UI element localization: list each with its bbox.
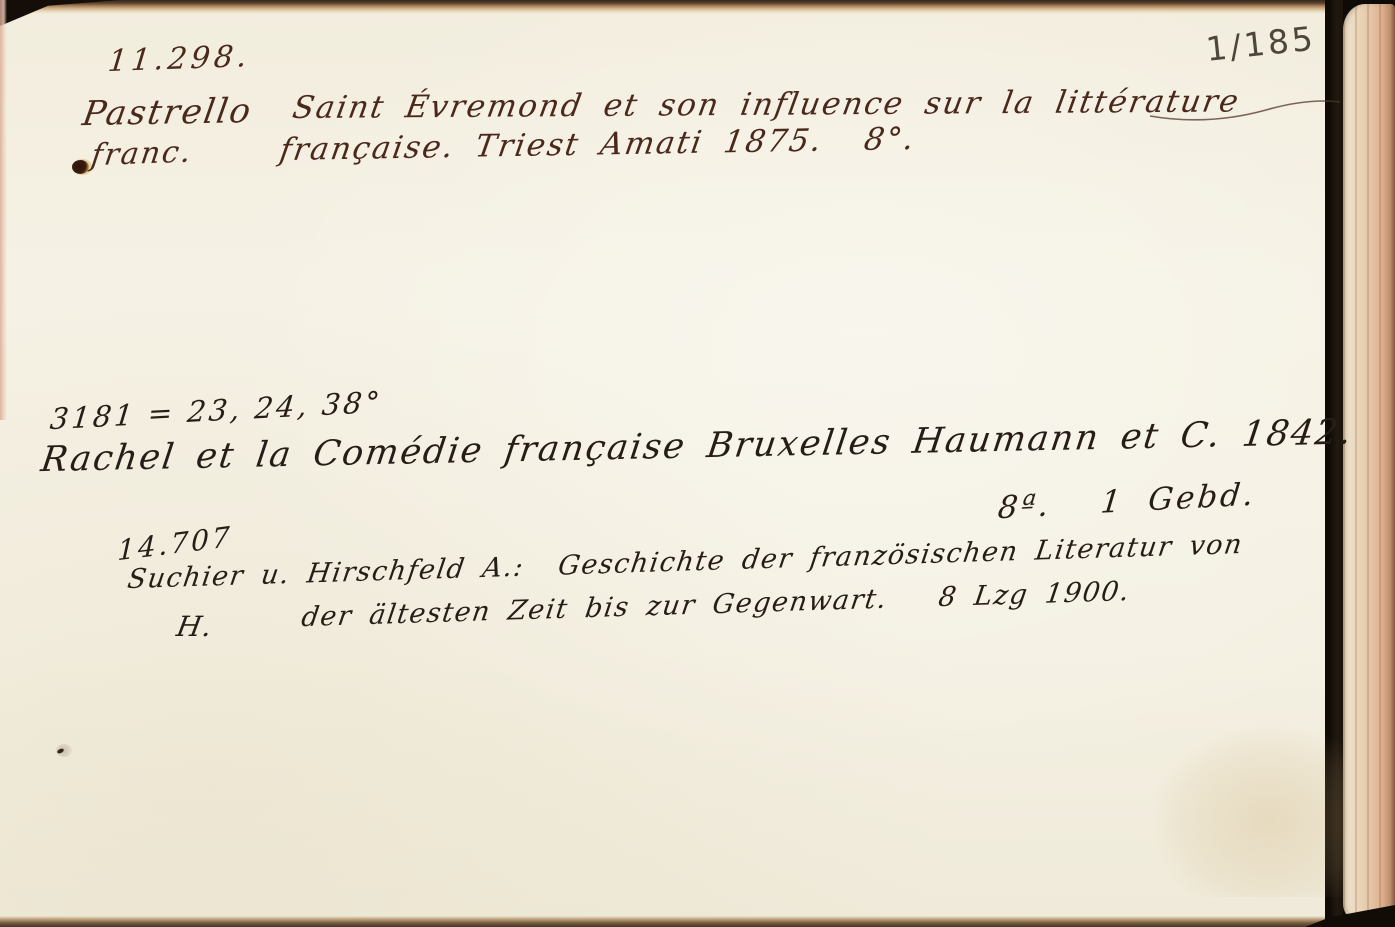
entry2-shelfmark: 3181 = 23, 24, 38° <box>48 385 384 437</box>
entry2-format-note: 8ª. 1 Gebd. <box>996 476 1258 526</box>
entry1-title-line2: française. Triest Amati 1875. 8°. <box>277 121 918 168</box>
punch-hole-bottom <box>56 744 72 757</box>
bottom-page-edge <box>0 916 1395 927</box>
punch-hole-top <box>72 160 89 174</box>
torn-top-edge <box>0 0 1395 14</box>
left-page-edge <box>0 0 7 420</box>
entry3-author-line2: H. <box>174 610 215 643</box>
entry3-shelfmark: 14.707 <box>117 520 233 568</box>
entry1-author: Pastrello <box>80 91 256 134</box>
entry1-author-line2: franc. <box>89 134 195 173</box>
book-spine-edge <box>1343 4 1395 920</box>
catalogue-page-scan: 1/185 11.298. Pastrello Saint Évremond e… <box>0 0 1395 927</box>
entry1-title-line1: Saint Évremond et son influence sur la l… <box>290 83 1243 126</box>
page-number-stamp: 1/185 <box>1204 18 1318 68</box>
paper-stain <box>1155 727 1345 897</box>
entry1-shelfmark: 11.298. <box>106 39 252 79</box>
pen-flourish <box>1148 86 1348 128</box>
